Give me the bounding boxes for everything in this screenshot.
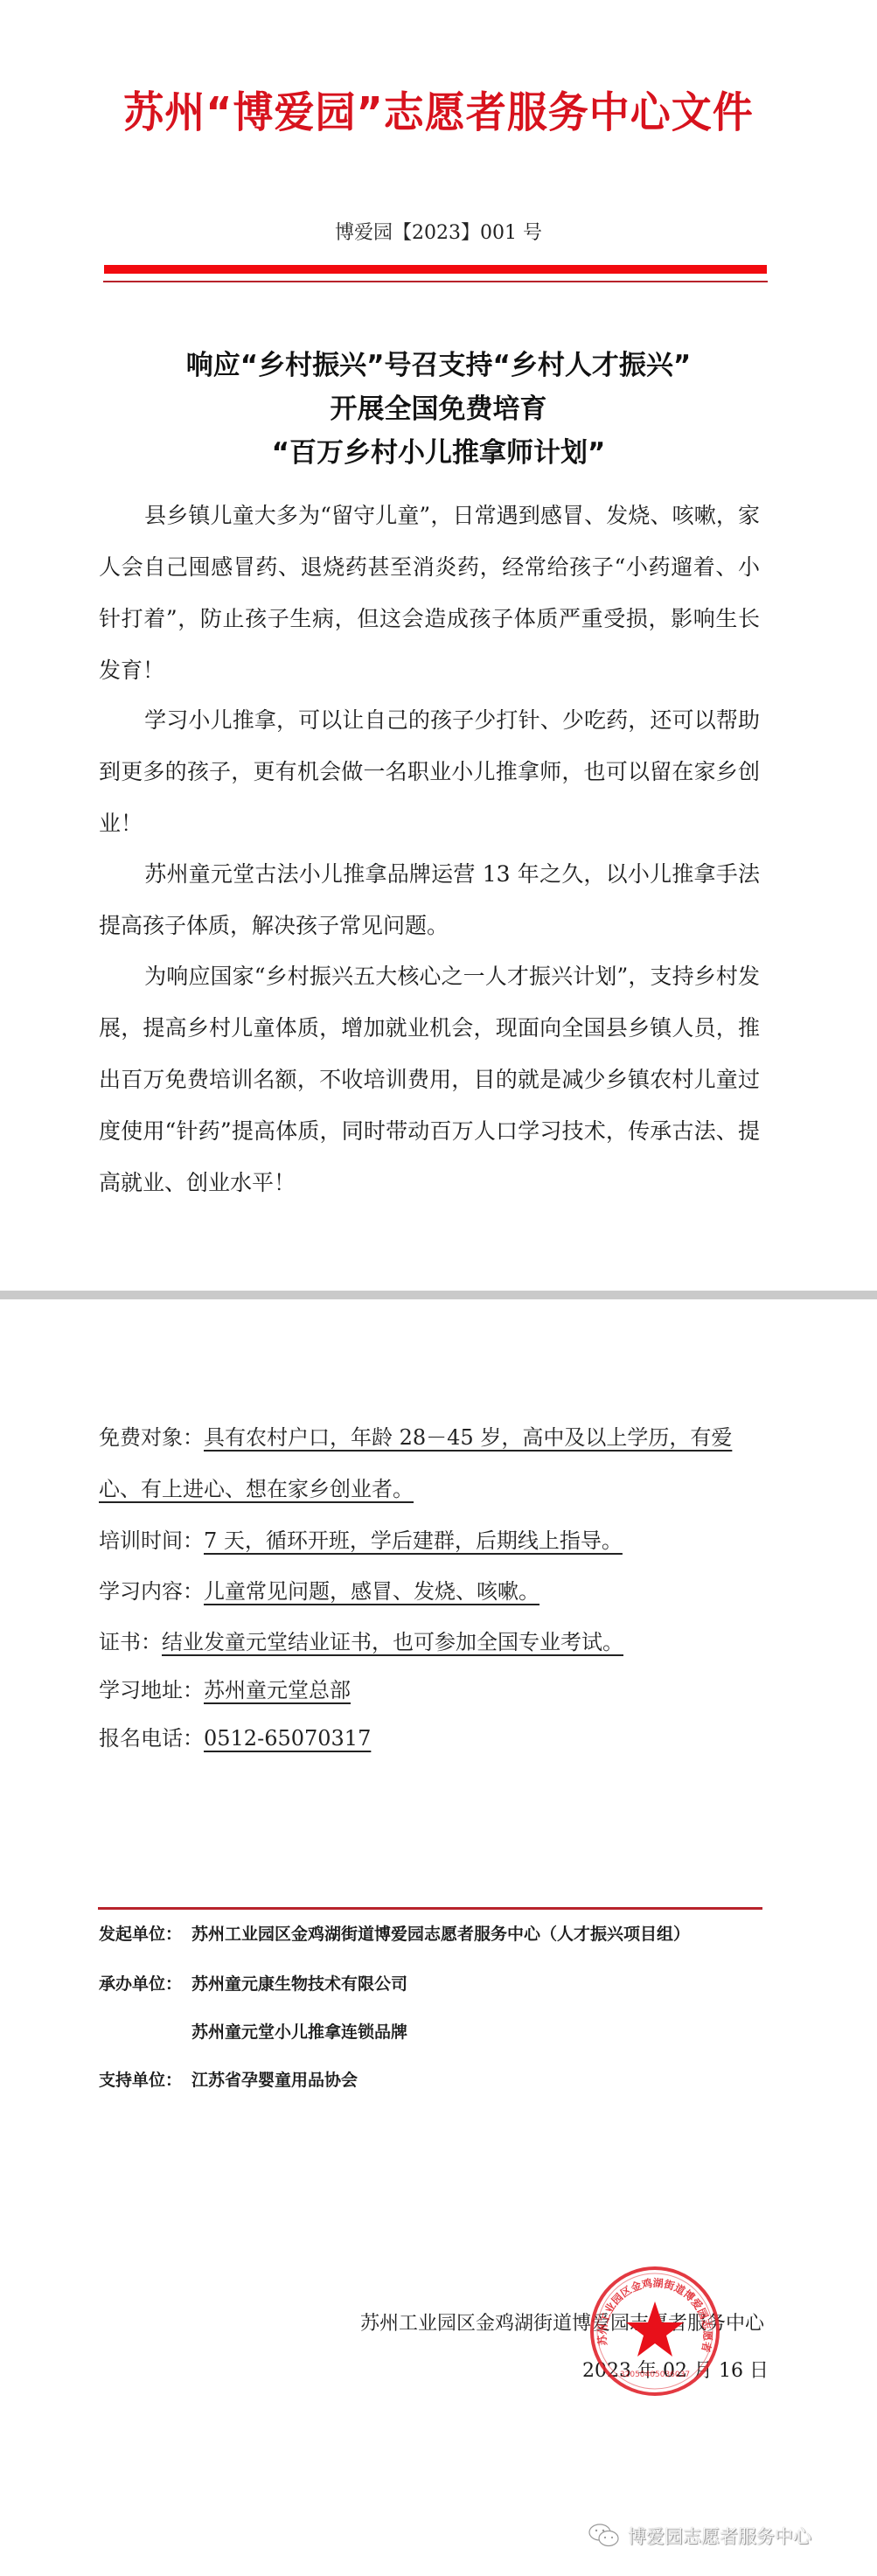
detail-phone: 报名电话：0512-65070317 [99, 1713, 772, 1765]
organizer-label: 承办单位： [99, 1972, 191, 1996]
detail-label: 学习内容： [99, 1579, 204, 1604]
detail-content: 学习内容：儿童常见问题，感冒、发烧、咳嗽。 [99, 1566, 772, 1618]
wechat-watermark: 博爱园志愿者服务中心 [588, 2523, 811, 2549]
detail-address: 学习地址：苏州童元堂总部 [99, 1665, 772, 1716]
detail-value: 结业发童元堂结业证书，也可参加全国专业考试。 [162, 1630, 623, 1654]
body-paragraph-4: 为响应国家“乡村振兴五大核心之一人才振兴计划”，支持乡村发展，提高乡村儿童体质，… [99, 950, 760, 1208]
organizer-initiator: 发起单位：苏州工业园区金鸡湖街道博爱园志愿者服务中心（人才振兴项目组） [99, 1922, 690, 1946]
section-divider [0, 1291, 877, 1299]
organizers-red-rule [98, 1907, 762, 1910]
detail-label: 学习地址： [99, 1678, 204, 1702]
organizer-host-2: 苏州童元堂小儿推拿连锁品牌 [99, 2020, 407, 2044]
detail-value: 儿童常见问题，感冒、发烧、咳嗽。 [204, 1579, 539, 1604]
body-paragraph-2: 学习小儿推拿，可以让自己的孩子少打针、少吃药，还可以帮助到更多的孩子，更有机会做… [99, 694, 760, 849]
body-paragraph-3: 苏州童元堂古法小儿推拿品牌运营 13 年之久，以小儿推拿手法提高孩子体质，解决孩… [99, 848, 760, 951]
detail-label: 免费对象： [99, 1425, 204, 1450]
phone-number[interactable]: 0512-65070317 [204, 1726, 371, 1751]
official-seal-icon: 苏州工业园区金鸡湖街道博爱园志愿者服务中心 32050405036037 [588, 2265, 721, 2398]
headline-line-3: “百万乡村小儿推拿师计划” [0, 435, 877, 470]
header-red-bar [104, 265, 767, 274]
detail-training-time: 培训时间：7 天，循环开班，学后建群，后期线上指导。 [99, 1515, 772, 1567]
document-title: 苏州“博爱园”志愿者服务中心文件 [0, 87, 877, 138]
document-number: 博爱园【2023】001 号 [0, 220, 877, 247]
detail-eligibility: 免费对象：具有农村户口，年龄 28－45 岁，高中及以上学历，有爱心、有上进心、… [99, 1412, 772, 1515]
organizer-support: 支持单位：江苏省孕婴童用品协会 [99, 2068, 358, 2092]
detail-value: 苏州童元堂总部 [204, 1678, 351, 1702]
organizer-label: 发起单位： [99, 1922, 191, 1946]
organizer-host: 承办单位：苏州童元康生物技术有限公司 [99, 1972, 407, 1996]
detail-label: 培训时间： [99, 1528, 204, 1553]
organizer-label: 支持单位： [99, 2068, 191, 2092]
wechat-icon [588, 2523, 621, 2549]
detail-value: 7 天，循环开班，学后建群，后期线上指导。 [204, 1528, 623, 1553]
body-paragraph-1: 县乡镇儿童大多为“留守儿童”，日常遇到感冒、发烧、咳嗽，家人会自己囤感冒药、退烧… [99, 490, 760, 696]
detail-label: 证书： [99, 1630, 162, 1654]
headline-line-1: 响应“乡村振兴”号召支持“乡村人才振兴” [0, 348, 877, 383]
detail-label: 报名电话： [99, 1726, 204, 1751]
svg-text:32050405036037: 32050405036037 [620, 2371, 690, 2379]
detail-certificate: 证书：结业发童元堂结业证书，也可参加全国专业考试。 [99, 1617, 772, 1668]
header-red-rule [103, 281, 768, 282]
watermark-text: 博爱园志愿者服务中心 [628, 2523, 811, 2549]
headline-line-2: 开展全国免费培育 [0, 392, 877, 427]
